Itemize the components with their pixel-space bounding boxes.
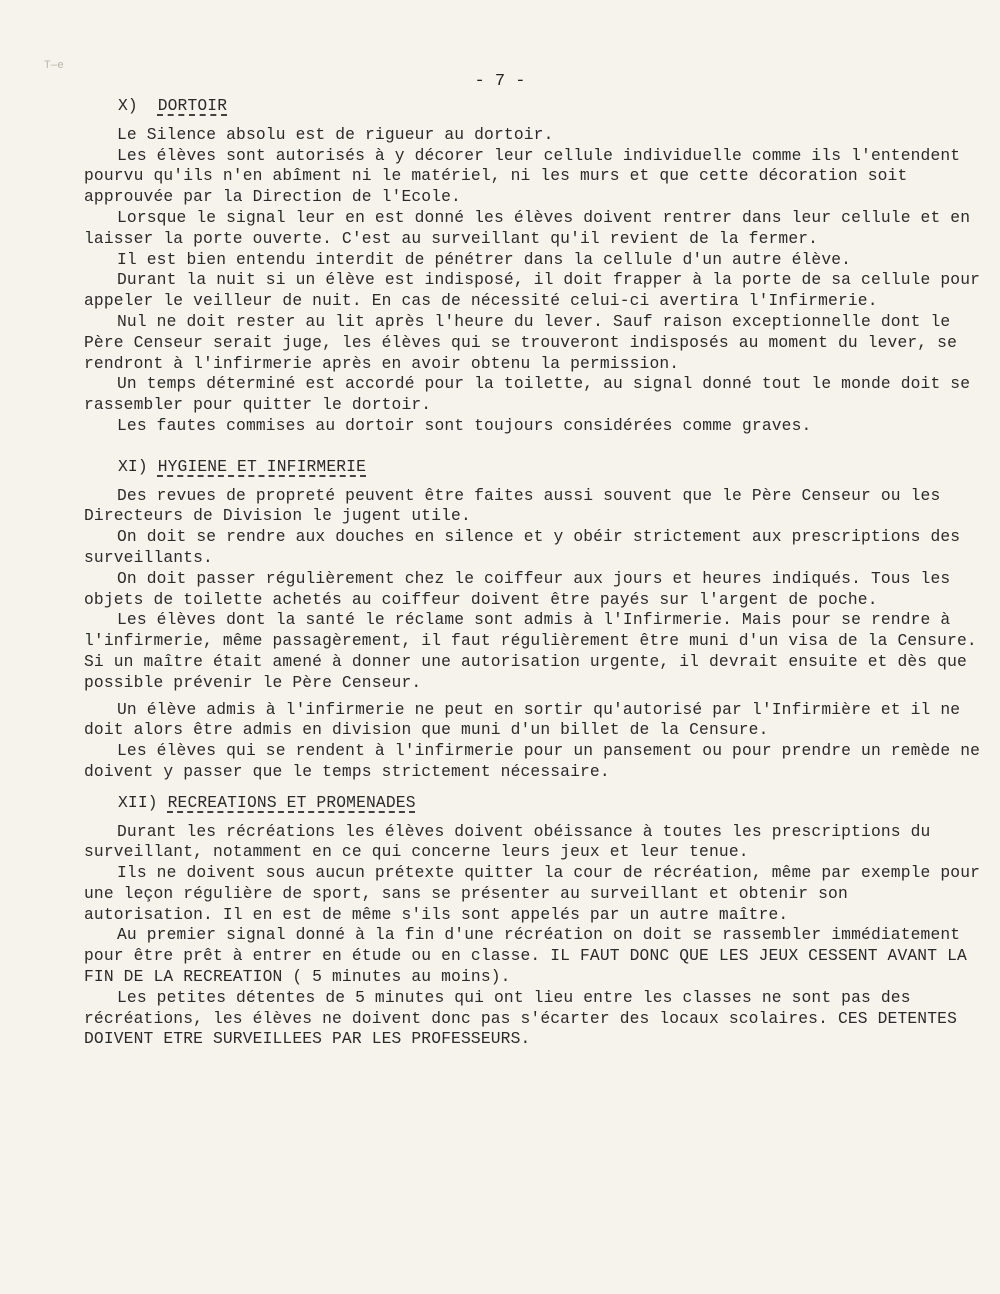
paragraph: Un temps déterminé est accordé pour la t…: [84, 374, 984, 416]
paragraph: Le Silence absolu est de rigueur au dort…: [84, 125, 984, 146]
paragraph: Ils ne doivent sous aucun prétexte quitt…: [84, 863, 984, 925]
paragraph: Les fautes commises au dortoir sont touj…: [84, 416, 984, 437]
paragraph: Durant la nuit si un élève est indisposé…: [84, 270, 984, 312]
corner-mark: T—e: [44, 60, 64, 72]
section-title: RECREATIONS ET PROMENADES: [168, 793, 416, 812]
page-number: - 7 -: [0, 72, 1000, 91]
paragraph: Les élèves qui se rendent à l'infirmerie…: [84, 741, 984, 783]
section-heading-recreations: XII) RECREATIONS ET PROMENADES: [118, 793, 984, 814]
paragraph: Lorsque le signal leur en est donné les …: [84, 208, 984, 250]
paragraph: On doit passer régulièrement chez le coi…: [84, 569, 984, 611]
section-numeral: X): [118, 96, 138, 115]
section-title: HYGIENE ET INFIRMERIE: [158, 457, 366, 476]
paragraph: Au premier signal donné à la fin d'une r…: [84, 925, 984, 987]
paragraph: Il est bien entendu interdit de pénétrer…: [84, 250, 984, 271]
paragraph: Les petites détentes de 5 minutes qui on…: [84, 988, 984, 1050]
section-numeral: XI): [118, 457, 148, 476]
section-numeral: XII): [118, 793, 158, 812]
section-title: DORTOIR: [158, 96, 227, 115]
section-heading-hygiene: XI) HYGIENE ET INFIRMERIE: [118, 457, 984, 478]
document-body: X) DORTOIR Le Silence absolu est de rigu…: [84, 96, 984, 1050]
section-heading-dortoir: X) DORTOIR: [118, 96, 984, 117]
paragraph: Un élève admis à l'infirmerie ne peut en…: [84, 700, 984, 742]
paragraph: Des revues de propreté peuvent être fait…: [84, 486, 984, 528]
paragraph: Nul ne doit rester au lit après l'heure …: [84, 312, 984, 374]
paragraph: Durant les récréations les élèves doiven…: [84, 822, 984, 864]
paragraph: Les élèves sont autorisés à y décorer le…: [84, 146, 984, 208]
paragraph: Les élèves dont la santé le réclame sont…: [84, 610, 984, 693]
paragraph: On doit se rendre aux douches en silence…: [84, 527, 984, 569]
